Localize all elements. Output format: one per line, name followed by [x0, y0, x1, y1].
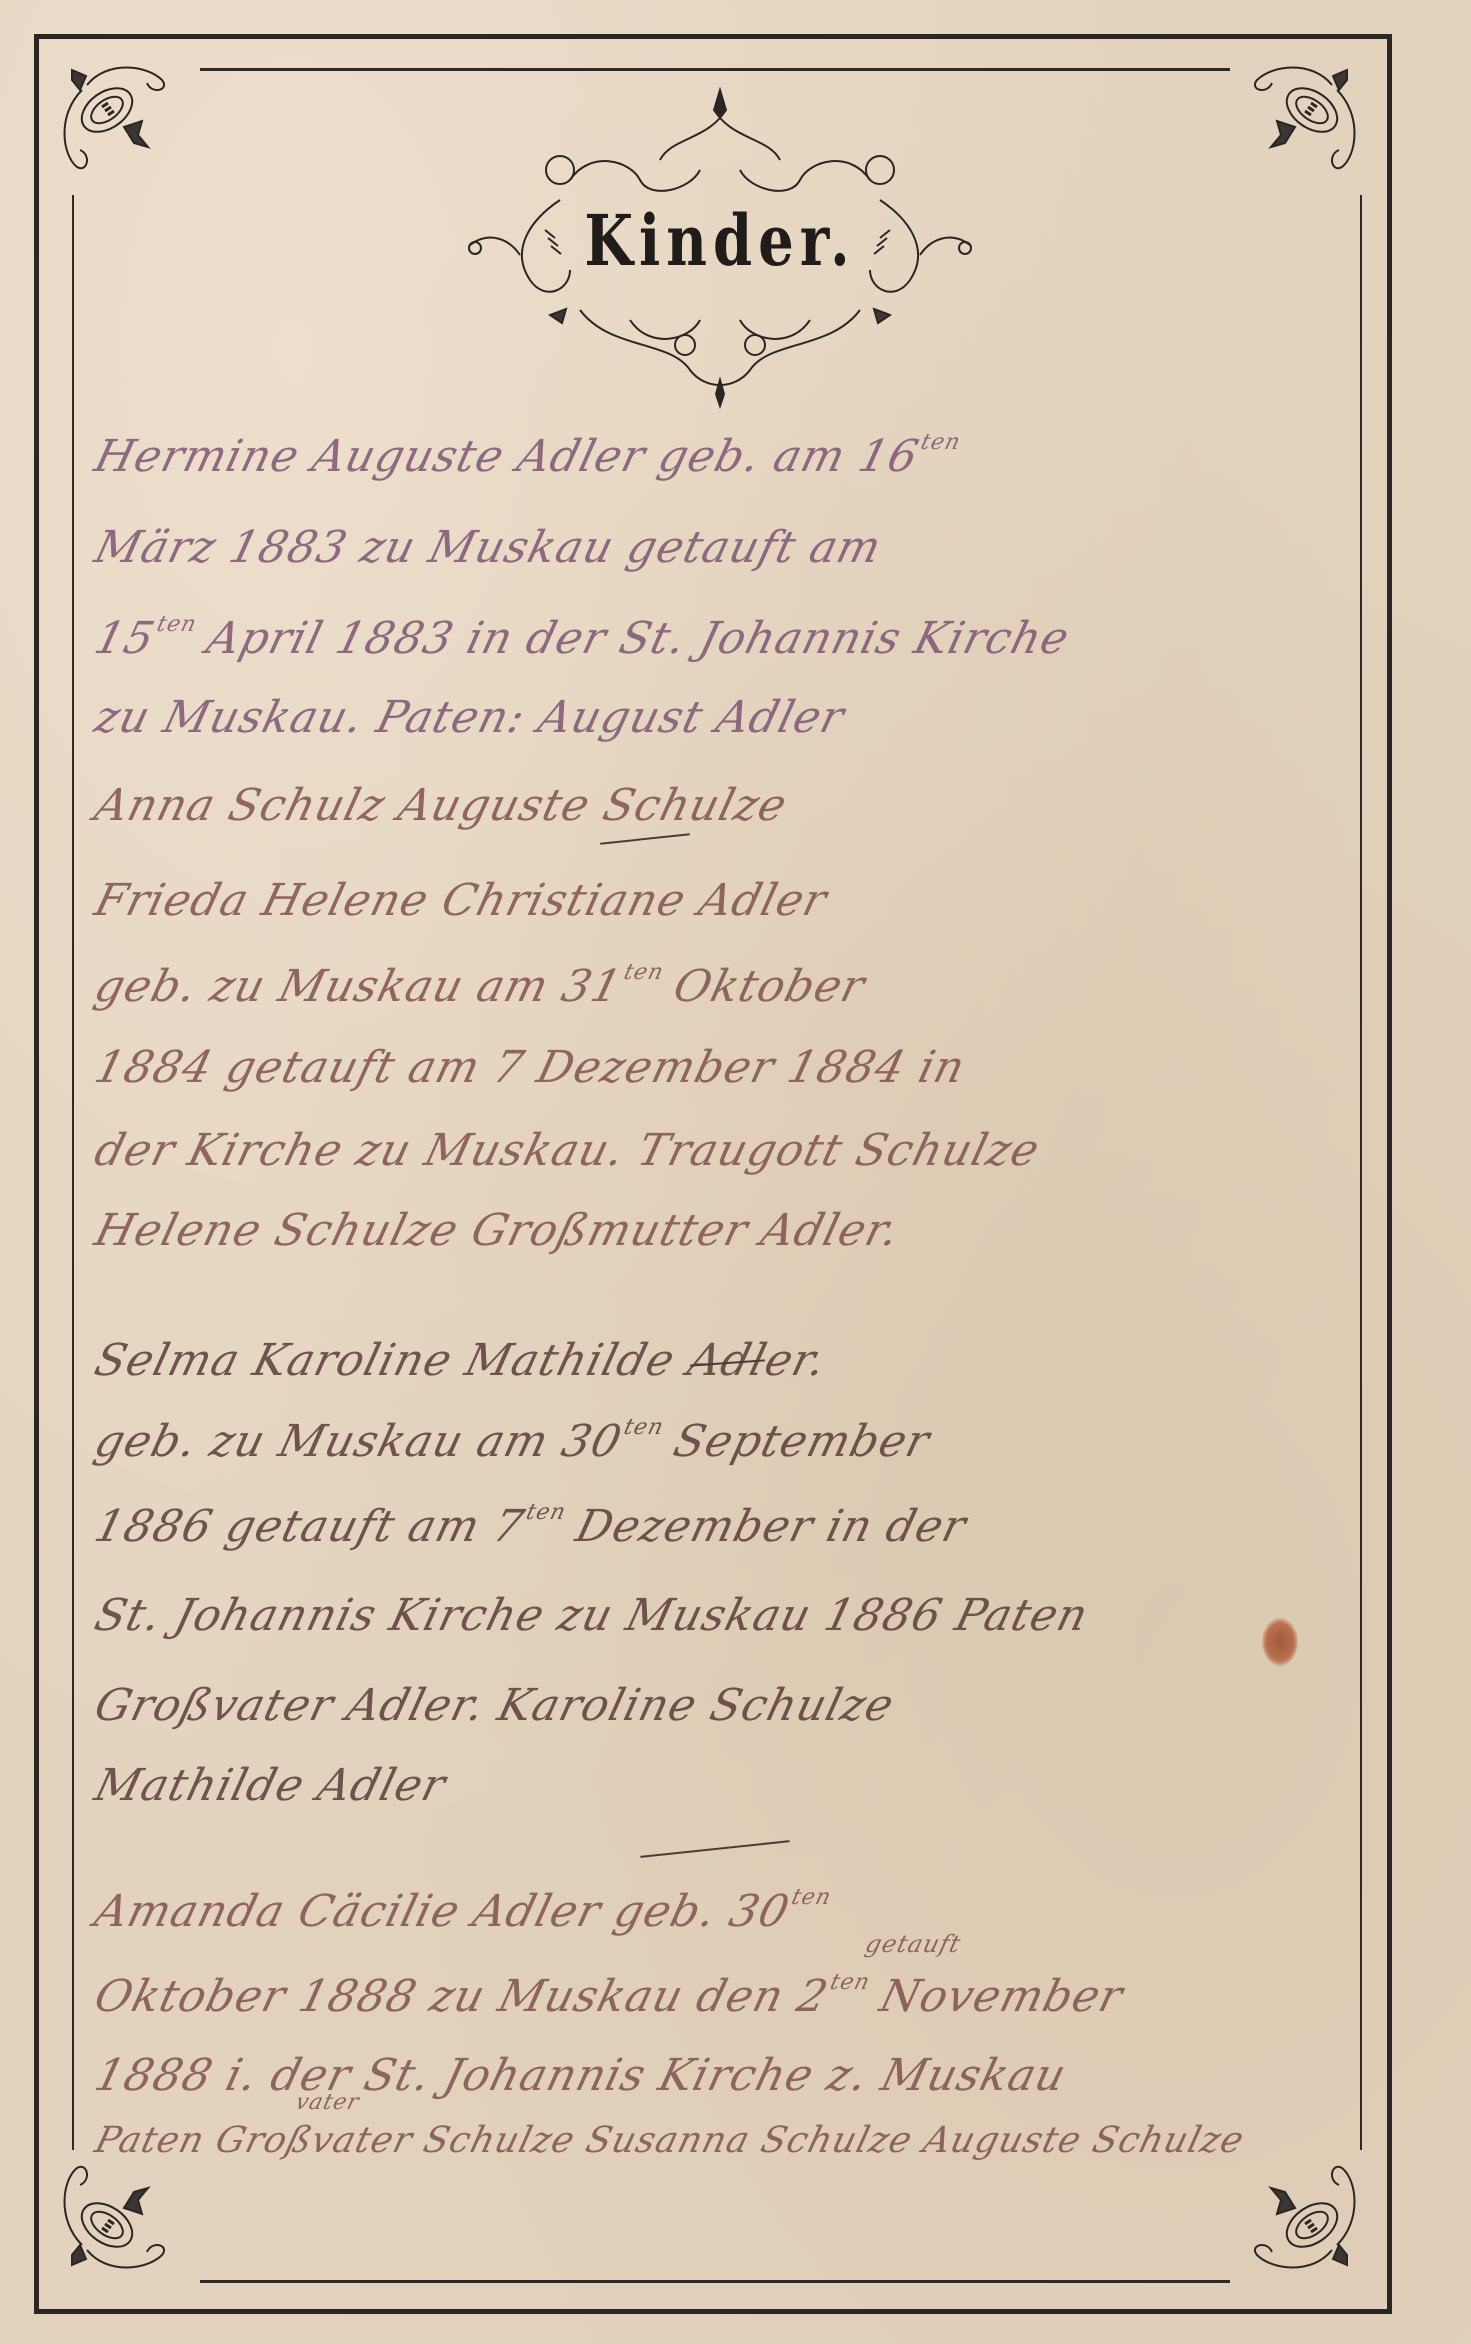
entry-line: 1884 getauft am 7 Dezember 1884 in — [90, 1042, 971, 1093]
entry-line: Hermine Auguste Adler geb. am 16ten — [90, 430, 964, 482]
entry-line: geb. zu Muskau am 30ten September — [90, 1415, 936, 1467]
entry-line: März 1883 zu Muskau getauft am — [90, 522, 887, 573]
entry-line: Großvater Adler. Karoline Schulze — [90, 1680, 900, 1731]
insertion-note: getauft — [863, 1930, 964, 1958]
corner-flourish-icon — [1247, 55, 1367, 175]
entry-line: Selma Karoline Mathilde Adler. — [90, 1335, 832, 1386]
corner-flourish-icon — [52, 2160, 172, 2280]
entry-line: Oktober 1888 zu Muskau den 2ten November — [90, 1970, 1129, 2022]
entry-line: 15ten April 1883 in der St. Johannis Kir… — [90, 612, 1075, 664]
entry-line: Amanda Cäcilie Adler geb. 30ten — [90, 1885, 835, 1937]
entry-line: geb. zu Muskau am 31ten Oktober — [90, 960, 871, 1012]
entry-line: Frieda Helene Christiane Adler — [90, 875, 833, 926]
title-ornament: Kinder. — [370, 80, 1070, 410]
entry-line: 1888 i. der St. Johannis Kirche z. Muska… — [90, 2050, 1072, 2101]
corner-flourish-icon — [1247, 2160, 1367, 2280]
entry-line: Mathilde Adler — [90, 1760, 451, 1811]
entry-line: Helene Schulze Großmutter Adler. — [90, 1205, 905, 1256]
inner-border-bottom — [200, 2280, 1230, 2283]
page-title: Kinder. — [370, 200, 1070, 283]
inner-border-top — [200, 68, 1230, 71]
entry-line: 1886 getauft am 7ten Dezember in der — [90, 1500, 972, 1552]
entry-line: St. Johannis Kirche zu Muskau 1886 Paten — [90, 1590, 1094, 1641]
ink-stain — [1262, 1618, 1298, 1666]
inner-border-left — [72, 195, 74, 2150]
entry-line: Anna Schulz Auguste Schulze — [90, 780, 793, 831]
entry-line: zu Muskau. Paten: August Adler — [90, 692, 850, 743]
entry-line: der Kirche zu Muskau. Traugott Schulze — [90, 1125, 1045, 1176]
entry-line: Paten Großvater Schulze Susanna Schulze … — [91, 2120, 1249, 2161]
inner-border-right — [1360, 195, 1362, 2150]
corner-flourish-icon — [52, 55, 172, 175]
insertion-note: vater — [293, 2090, 362, 2115]
